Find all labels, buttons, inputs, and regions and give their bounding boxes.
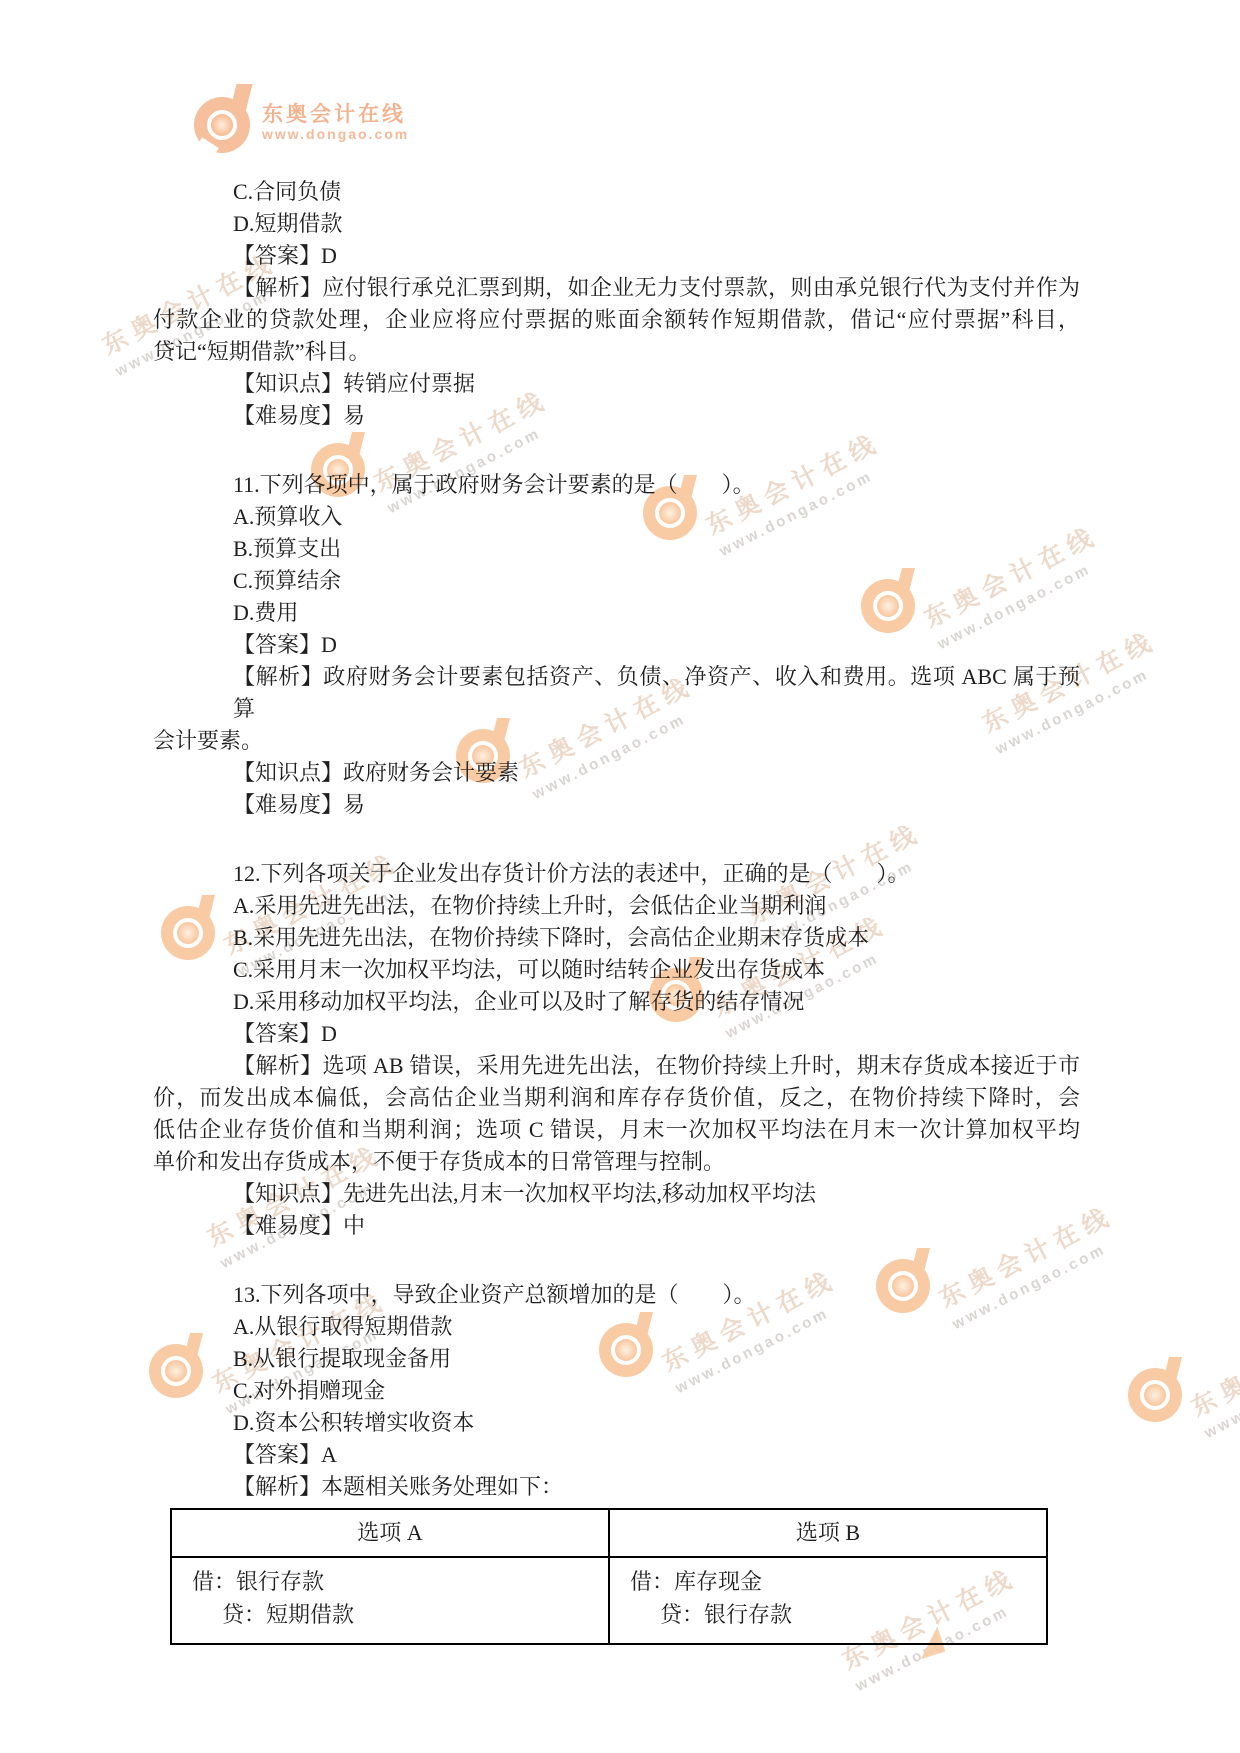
journal-entry-table: 选项 A 选项 B 借：银行存款 贷：短期借款 借：库存现金 贷：银行存款 [170,1508,1048,1645]
analysis-line: 【解析】应付银行承兑汇票到期，如企业无力支付票款，则由承兑银行代为支付并作为 [153,272,1080,304]
credit-entry: 贷：短期借款 [192,1598,608,1631]
knowledge-line: 【知识点】先进先出法,月末一次加权平均法,移动加权平均法 [153,1178,1080,1210]
option-line: A.采用先进先出法，在物价持续上升时，会低估企业当期利润 [153,890,1080,922]
credit-entry: 贷：银行存款 [630,1598,1046,1631]
question-block-10: C.合同负债 D.短期借款 【答案】D 【解析】应付银行承兑汇票到期，如企业无力… [153,176,1080,432]
option-line: A.预算收入 [153,501,1080,533]
knowledge-line: 【知识点】政府财务会计要素 [153,757,1080,789]
dongao-logo: 东奥会计在线 www.dongao.com [194,82,454,152]
difficulty-line: 【难易度】易 [153,400,1080,432]
option-line: D.资本公积转增实收资本 [153,1407,1080,1439]
answer-line: 【答案】D [153,1018,1080,1050]
analysis-line: 贷记“短期借款”科目。 [153,336,1080,368]
question-stem: 13.下列各项中，导致企业资产总额增加的是（ ）。 [153,1279,1080,1311]
question-block-13: 13.下列各项中，导致企业资产总额增加的是（ ）。 A.从银行取得短期借款 B.… [153,1279,1080,1503]
analysis-line: 价，而发出成本偏低，会高估企业当期利润和库存存货价值，反之，在物价持续下降时，会 [153,1082,1080,1114]
table-cell-option-b: 借：库存现金 贷：银行存款 [609,1557,1047,1644]
table-cell-option-a: 借：银行存款 贷：短期借款 [171,1557,609,1644]
answer-line: 【答案】D [153,629,1080,661]
table-header-option-b: 选项 B [609,1509,1047,1557]
option-line: B.从银行提取现金备用 [153,1343,1080,1375]
brand-name: 东奥会计在线 [262,98,406,128]
question-stem: 11.下列各项中，属于政府财务会计要素的是（ ）。 [153,469,1080,501]
difficulty-line: 【难易度】易 [153,789,1080,821]
analysis-line: 低估企业存货价值和当期利润；选项 C 错误，月末一次加权平均法在月末一次计算加权… [153,1114,1080,1146]
analysis-line: 【解析】选项 AB 错误，采用先进先出法，在物价持续上升时，期末存货成本接近于市 [153,1050,1080,1082]
option-line: B.采用先进先出法，在物价持续下降时，会高估企业期末存货成本 [153,922,1080,954]
document-page: 东奥会计在线 www.dongao.com 东奥会计在线www.dongao.c… [0,0,1240,1753]
analysis-line: 会计要素。 [153,725,1080,757]
table-header-row: 选项 A 选项 B [171,1509,1047,1557]
option-line: A.从银行取得短期借款 [153,1311,1080,1343]
option-line: C.采用月末一次加权平均法，可以随时结转企业发出存货成本 [153,954,1080,986]
brand-url: www.dongao.com [262,126,409,142]
option-line: D.采用移动加权平均法，企业可以及时了解存货的结存情况 [153,986,1080,1018]
option-line: D.短期借款 [153,208,1080,240]
option-line: C.合同负债 [153,176,1080,208]
difficulty-line: 【难易度】中 [153,1210,1080,1242]
option-line: D.费用 [153,597,1080,629]
option-line: B.预算支出 [153,533,1080,565]
analysis-line: 单价和发出存货成本，不便于存货成本的日常管理与控制。 [153,1146,1080,1178]
table-header-option-a: 选项 A [171,1509,609,1557]
knowledge-line: 【知识点】转销应付票据 [153,368,1080,400]
option-line: C.对外捐赠现金 [153,1375,1080,1407]
question-block-11: 11.下列各项中，属于政府财务会计要素的是（ ）。 A.预算收入 B.预算支出 … [153,469,1080,821]
question-block-12: 12.下列各项关于企业发出存货计价方法的表述中，正确的是（ ）。 A.采用先进先… [153,858,1080,1242]
analysis-line: 【解析】政府财务会计要素包括资产、负债、净资产、收入和费用。选项 ABC 属于预… [153,661,1080,725]
table-body-row: 借：银行存款 贷：短期借款 借：库存现金 贷：银行存款 [171,1557,1047,1644]
answer-line: 【答案】A [153,1439,1080,1471]
debit-entry: 借：银行存款 [192,1565,608,1598]
answer-line: 【答案】D [153,240,1080,272]
document-content: C.合同负债 D.短期借款 【答案】D 【解析】应付银行承兑汇票到期，如企业无力… [153,176,1080,1645]
question-stem: 12.下列各项关于企业发出存货计价方法的表述中，正确的是（ ）。 [153,858,1080,890]
option-line: C.预算结余 [153,565,1080,597]
analysis-line: 付款企业的贷款处理，企业应将应付票据的账面余额转作短期借款，借记“应付票据”科目… [153,304,1080,336]
debit-entry: 借：库存现金 [630,1565,1046,1598]
analysis-line: 【解析】本题相关账务处理如下： [153,1471,1080,1503]
